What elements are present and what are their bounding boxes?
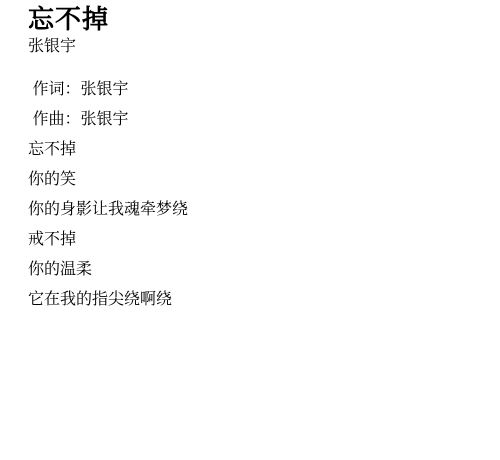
- lyrics-block: 作词：张银宇 作曲：张银宇 忘不掉 你的笑 你的身影让我魂牵梦绕 戒不掉 你的温…: [28, 75, 480, 315]
- lyric-line: 你的温柔: [28, 255, 480, 285]
- lyric-line: 忘不掉: [28, 135, 480, 165]
- artist-name: 张银宇: [28, 36, 480, 58]
- lyrics-page: 忘不掉 张银宇 作词：张银宇 作曲：张银宇 忘不掉 你的笑 你的身影让我魂牵梦绕…: [0, 0, 500, 460]
- lyric-line-credit-lyricist: 作词：张银宇: [28, 75, 480, 105]
- lyric-line-credit-composer: 作曲：张银宇: [28, 105, 480, 135]
- lyric-line: 你的身影让我魂牵梦绕: [28, 195, 480, 225]
- lyric-line: 戒不掉: [28, 225, 480, 255]
- lyric-line: 你的笑: [28, 165, 480, 195]
- song-title: 忘不掉: [28, 2, 480, 36]
- lyric-line: 它在我的指尖绕啊绕: [28, 285, 480, 315]
